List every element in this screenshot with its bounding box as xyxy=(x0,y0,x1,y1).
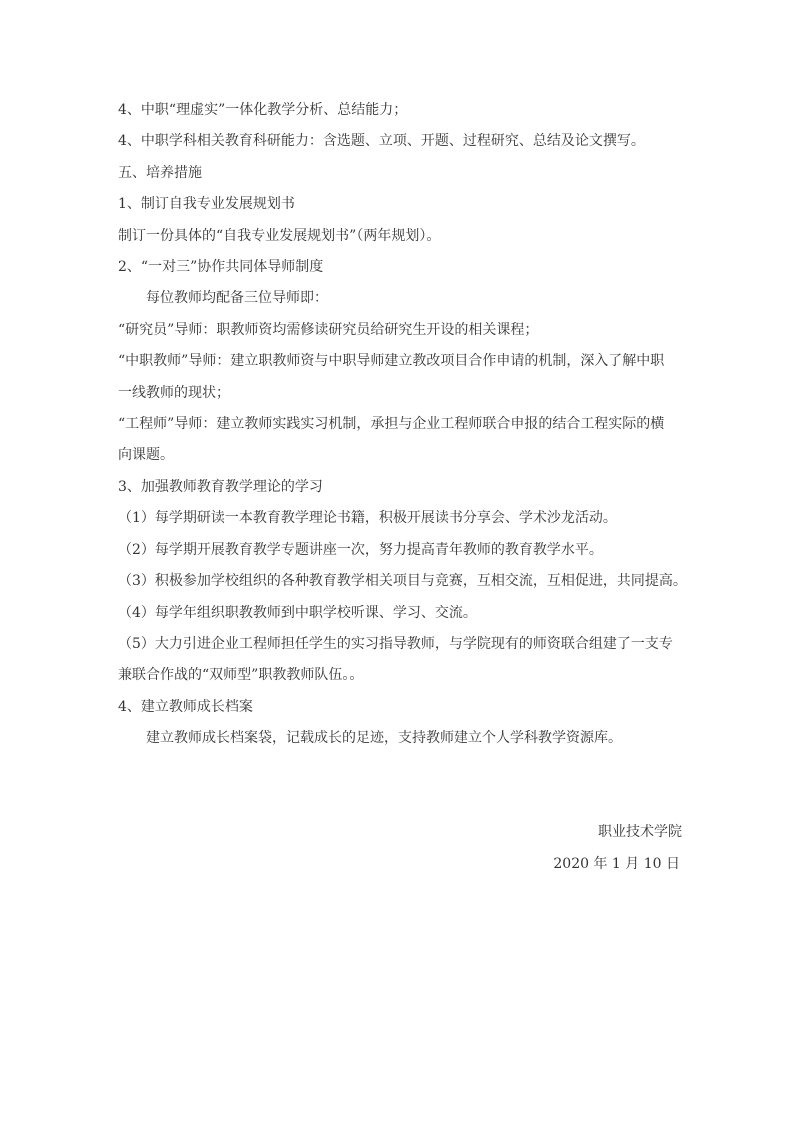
text-line: “工程师”导师：建立教师实践实习机制，承担与企业工程师联合申报的结合工程实际的横 xyxy=(118,409,682,440)
text-line: （2）每学期开展教育教学专题讲座一次，努力提高青年教师的教育教学水平。 xyxy=(118,535,682,566)
signature-block: 职业技术学院 2020 年 1 月 10 日 xyxy=(118,817,682,880)
text-line: （1）每学期研读一本教育教学理论书籍，积极开展读书分享会、学术沙龙活动。 xyxy=(118,503,682,534)
document-page: 4、中职“理虚实”一体化教学分析、总结能力；4、中职学科相关教育科研能力：含选题… xyxy=(0,0,800,1132)
text-line: 4、中职学科相关教育科研能力：含选题、立项、开题、过程研究、总结及论文撰写。 xyxy=(118,126,682,157)
text-line: 一线教师的现状； xyxy=(118,378,682,409)
text-line: （5）大力引进企业工程师担任学生的实习指导教师，与学院现有的师资联合组建了一支专 xyxy=(118,629,682,660)
text-line: 兼联合作战的“双师型”职教教师队伍。。 xyxy=(118,660,682,691)
text-line: 每位教师均配备三位导师即： xyxy=(118,283,682,314)
text-line: （3）积极参加学校组织的各种教育教学相关项目与竞赛，互相交流，互相促进，共同提高… xyxy=(118,566,682,597)
text-line: 2、“一对三”协作共同体导师制度 xyxy=(118,252,682,283)
text-line: 五、培养措施 xyxy=(118,158,682,189)
text-line: “研究员”导师：职教师资均需修读研究员给研究生开设的相关课程； xyxy=(118,315,682,346)
signature-date: 2020 年 1 月 10 日 xyxy=(118,849,682,880)
text-line: 3、加强教师教育教学理论的学习 xyxy=(118,472,682,503)
text-line: 制订一份具体的“自我专业发展规划书”（两年规划）。 xyxy=(118,221,682,252)
text-line: 1、制订自我专业发展规划书 xyxy=(118,189,682,220)
text-line: “中职教师”导师：建立职教师资与中职导师建立教改项目合作申请的机制，深入了解中职 xyxy=(118,346,682,377)
text-line: 4、中职“理虚实”一体化教学分析、总结能力； xyxy=(118,95,682,126)
text-line: （4）每学年组织职教教师到中职学校听课、学习、交流。 xyxy=(118,598,682,629)
document-content: 4、中职“理虚实”一体化教学分析、总结能力；4、中职学科相关教育科研能力：含选题… xyxy=(118,95,682,755)
text-line: 建立教师成长档案袋，记载成长的足迹，支持教师建立个人学科教学资源库。 xyxy=(118,723,682,754)
text-line: 4、建立教师成长档案 xyxy=(118,692,682,723)
signature-org: 职业技术学院 xyxy=(118,817,682,848)
text-line: 向课题。 xyxy=(118,440,682,471)
